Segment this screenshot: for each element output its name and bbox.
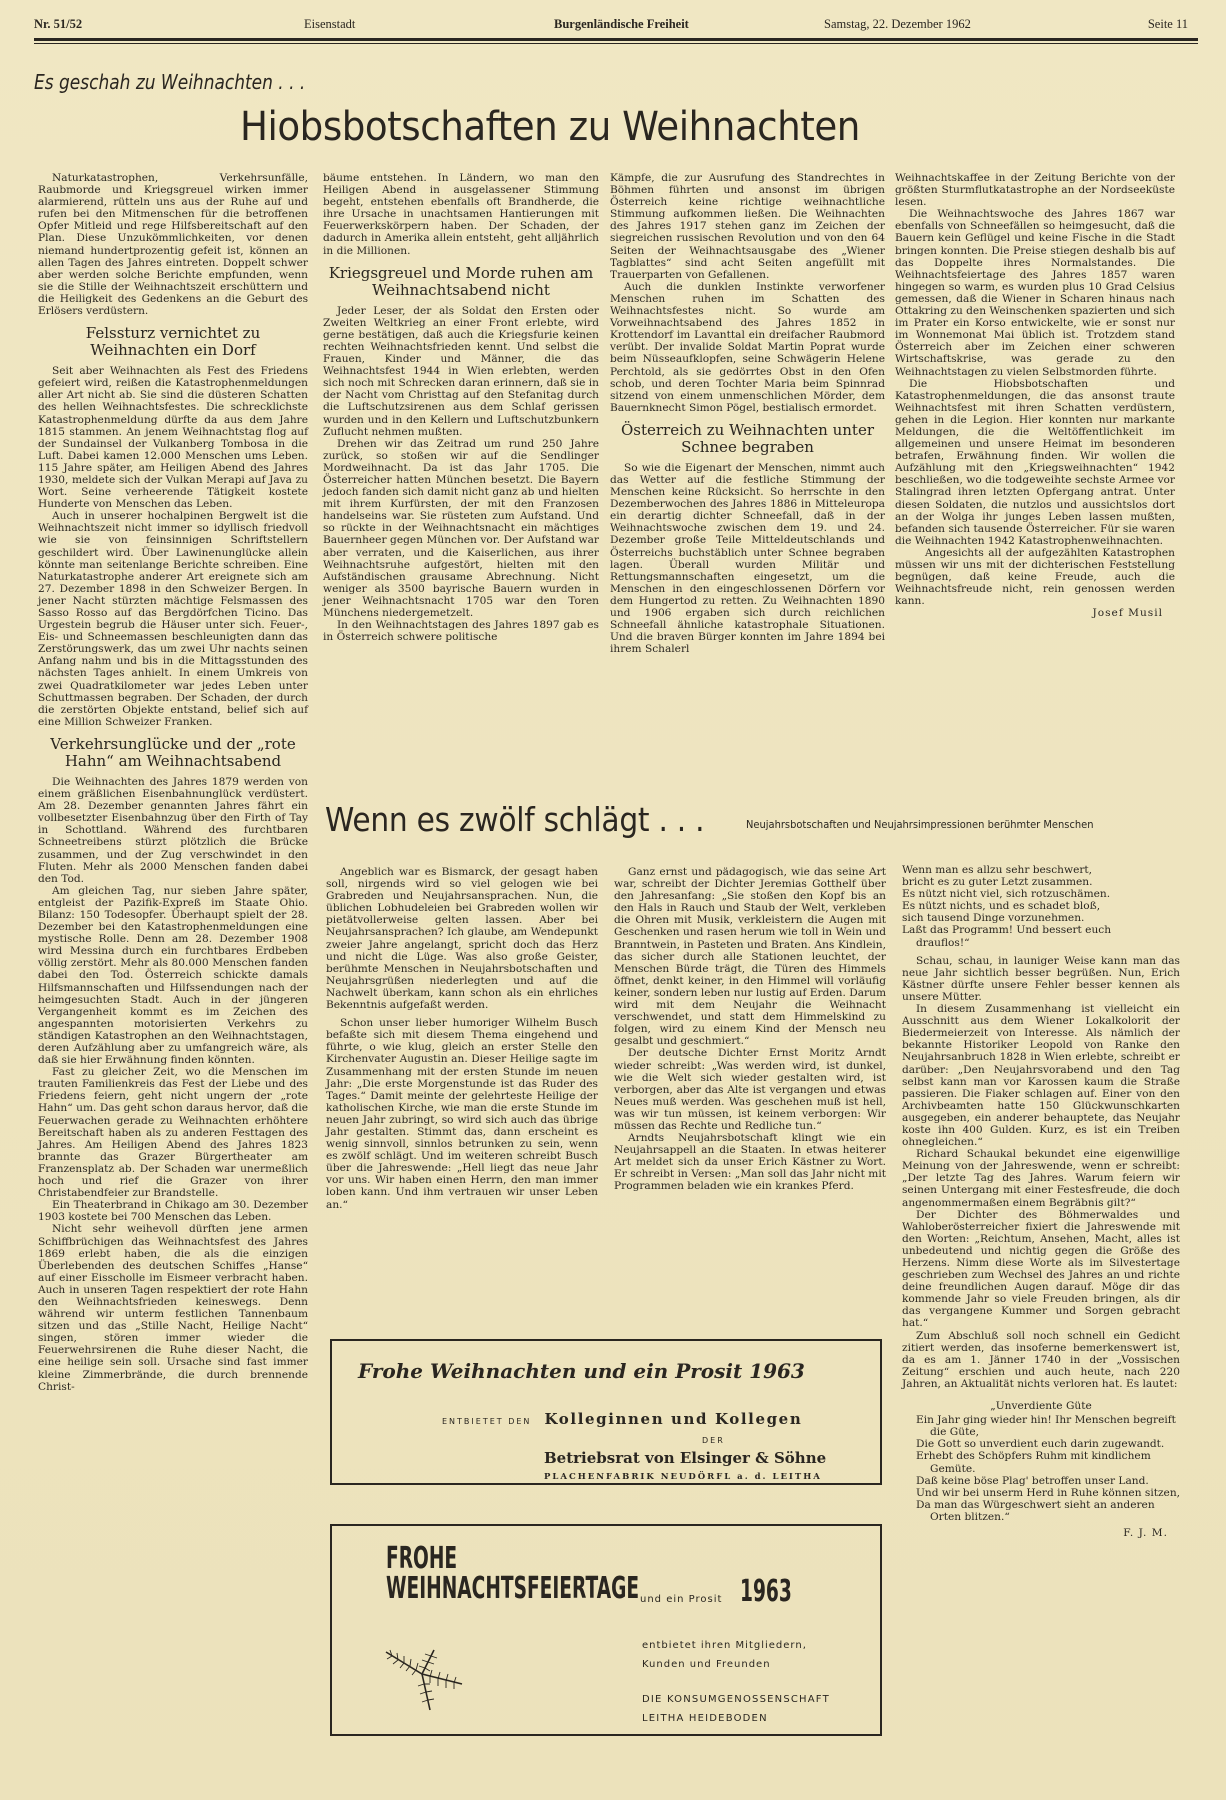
article1-column-1: Naturkatastrophen, Verkehrsunfälle, Raub… <box>38 172 308 1393</box>
paragraph: Auch die dunklen Instinkte verworfener M… <box>610 281 885 414</box>
paragraph: So wie die Eigenart der Menschen, nimmt … <box>610 462 885 656</box>
paragraph: Seit aber Weihnachten als Fest des Fried… <box>38 365 308 510</box>
paragraph: Jeder Leser, der als Soldat den Ersten o… <box>323 305 599 438</box>
author-byline: F. J. M. <box>902 1527 1180 1539</box>
paragraph: Naturkatastrophen, Verkehrsunfälle, Raub… <box>38 172 308 317</box>
subheading: Kriegsgreuel und Morde ruhen am Weihnach… <box>323 265 599 299</box>
paragraph: Angesichts all der aufgezählten Katastro… <box>895 547 1175 607</box>
poem-line: Daß keine böse Plag' betroffen unser Lan… <box>916 1475 1180 1487</box>
verse-line: drauflos!“ <box>902 937 1180 949</box>
verse-line: Laßt das Programm! Und bessert euch <box>902 924 1180 936</box>
paragraph: Der Dichter des Böhmerwaldes und Wahlobe… <box>902 1209 1180 1330</box>
ad-sender: DIE KONSUMGENOSSENSCHAFT LEITHA HEIDEBOD… <box>642 1690 830 1728</box>
poem-line: Da man das Würgeschwert sieht an anderen… <box>916 1499 1180 1523</box>
verse-line: Es nützt nichts, und es schadet bloß, <box>902 900 1180 912</box>
paragraph: Schon unser lieber humoriger Wilhelm Bus… <box>326 1017 598 1211</box>
article-kicker: Es geschah zu Weihnachten . . . <box>34 70 305 94</box>
verse-line: Es nützt nicht viel, sich rotzuschämen. <box>902 888 1180 900</box>
ad-offered: entbietet ihren Mitgliedern, Kunden und … <box>642 1636 807 1674</box>
paragraph: Der deutsche Dichter Ernst Moritz Arndt … <box>614 1047 886 1132</box>
page-number: Seite 11 <box>1148 17 1188 32</box>
poem-line: Und wir bei unserm Herd in Ruhe können s… <box>916 1487 1180 1499</box>
paragraph: In diesem Zusammenhang ist vielleicht ei… <box>902 1003 1180 1148</box>
paragraph: Arndts Neujahrsbotschaft klingt wie ein … <box>614 1132 886 1192</box>
paragraph: Weihnachtskaffee in der Zeitung Berichte… <box>895 172 1175 208</box>
paragraph: bäume entstehen. In Ländern, wo man den … <box>323 172 599 257</box>
ad-offered-line: ENTBIETET DEN Kolleginnen und Kollegen <box>442 1409 802 1428</box>
ad-sender-line-1: DIE KONSUMGENOSSENSCHAFT <box>642 1690 830 1709</box>
article1-column-2: bäume entstehen. In Ländern, wo man den … <box>323 172 599 643</box>
paragraph: Die Weihnachten des Jahres 1879 werden v… <box>38 776 308 885</box>
ad-line2: WEIHNACHTSFEIERTAGE <box>386 1574 639 1604</box>
article-headline: Hiobsbotschaften zu Weihnachten <box>240 104 860 150</box>
paragraph: Nicht sehr weihevoll dürften jene armen … <box>38 1223 308 1392</box>
author-byline: Josef Musil <box>895 607 1175 619</box>
masthead-rule-thin <box>34 43 1198 44</box>
ad-der: DER <box>702 1436 725 1445</box>
poem: „Unverdiente Güte Ein Jahr ging wieder h… <box>902 1400 1180 1523</box>
verse-line: bricht es zu guter Letzt zusammen. <box>902 876 1180 888</box>
ad-offered-line-2: Kunden und Freunden <box>642 1655 807 1674</box>
paragraph: Schau, schau, in launiger Weise kann man… <box>902 955 1180 1003</box>
advertisement-konsum: FROHE WEIHNACHTSFEIERTAGE und ein Prosit… <box>330 1524 882 1736</box>
poem-line: Die Gott so unverdient euch darin zugewa… <box>916 1438 1180 1450</box>
ad-sender-line-2: LEITHA HEIDEBODEN <box>642 1709 830 1728</box>
paragraph: Auch in unserer hochalpinen Bergwelt ist… <box>38 510 308 728</box>
paper-name: Burgenländische Freiheit <box>554 17 689 32</box>
ad-offered: ENTBIETET DEN <box>442 1417 531 1426</box>
ad-year: 1963 <box>740 1574 792 1609</box>
paragraph: In den Weihnachtstagen des Jahres 1897 g… <box>323 619 599 643</box>
ad-greeting: Frohe Weihnachten und ein Prosit 1963 <box>358 1359 805 1383</box>
issue-date: Samstag, 22. Dezember 1962 <box>824 17 971 32</box>
article2-column-1: Angeblich war es Bismarck, der gesagt ha… <box>326 866 598 1211</box>
article2-column-3: Wenn man es allzu sehr beschwert,bricht … <box>902 864 1180 1539</box>
newspaper-page: Nr. 51/52 Eisenstadt Burgenländische Fre… <box>0 0 1226 1800</box>
article1-column-3: Kämpfe, die zur Ausrufung des Standrecht… <box>610 172 885 655</box>
advertisement-elsinger: Frohe Weihnachten und ein Prosit 1963 EN… <box>330 1339 882 1485</box>
paragraph: Kämpfe, die zur Ausrufung des Standrecht… <box>610 172 885 281</box>
ad-sender-sub: PLACHENFABRIK NEUDÖRFL a. d. LEITHA <box>544 1472 822 1482</box>
ad-und-ein: und ein Prosit <box>640 1594 722 1605</box>
paragraph: Die Hiobsbotschaften und Katastrophenmel… <box>895 378 1175 547</box>
ad-offered-line-1: entbietet ihren Mitgliedern, <box>642 1636 807 1655</box>
ad-sender: Betriebsrat von Elsinger & Söhne <box>544 1449 826 1467</box>
article2-column-2: Ganz ernst und pädagogisch, wie das sein… <box>614 866 886 1193</box>
verse-line: Wenn man es allzu sehr beschwert, <box>902 864 1180 876</box>
poem-line: Erhebt des Schöpfers Ruhm mit kindlichem… <box>916 1450 1180 1474</box>
poem-line: Ein Jahr ging wieder hin! Ihr Menschen b… <box>916 1414 1180 1438</box>
ad-recipients: Kolleginnen und Kollegen <box>545 1410 803 1428</box>
verse-line: sich tausend Dinge vorzunehmen. <box>902 912 1180 924</box>
ad-line1: FROHE <box>386 1544 457 1574</box>
masthead-rule <box>34 38 1198 41</box>
paragraph: Drehen wir das Zeitrad um rund 250 Jahre… <box>323 438 599 619</box>
paragraph: Fast zu gleicher Zeit, wo die Menschen i… <box>38 1066 308 1199</box>
article2-headline: Wenn es zwölf schlägt . . . <box>325 800 704 839</box>
kaestner-verse: Wenn man es allzu sehr beschwert,bricht … <box>902 864 1180 949</box>
paragraph: Ein Theaterbrand in Chikago am 30. Dezem… <box>38 1199 308 1223</box>
subheading: Felssturz vernichtet zu Weihnachten ein … <box>38 325 308 359</box>
subheading: Österreich zu Weihnachten unter Schnee b… <box>610 422 885 456</box>
poem-title: „Unverdiente Güte <box>902 1400 1180 1412</box>
paragraph: Zum Abschluß soll noch schnell ein Gedic… <box>902 1330 1180 1390</box>
paragraph: Die Weihnachtswoche des Jahres 1867 war … <box>895 208 1175 377</box>
masthead: Nr. 51/52 Eisenstadt Burgenländische Fre… <box>34 10 1194 34</box>
place: Eisenstadt <box>304 17 355 32</box>
article2-subtitle: Neujahrsbotschaften und Neujahrsimpressi… <box>746 818 1094 831</box>
poem-lines: Ein Jahr ging wieder hin! Ihr Menschen b… <box>902 1414 1180 1523</box>
paragraph: Ganz ernst und pädagogisch, wie das sein… <box>614 866 886 1047</box>
subheading: Verkehrsunglücke und der „rote Hahn“ am … <box>38 736 308 770</box>
article1-column-4: Weihnachtskaffee in der Zeitung Berichte… <box>895 172 1175 619</box>
issue-number: Nr. 51/52 <box>34 17 82 32</box>
fir-branch-icon <box>382 1644 472 1714</box>
paragraph: Am gleichen Tag, nur sieben Jahre später… <box>38 885 308 1066</box>
paragraph: Richard Schaukal bekundet eine eigenwill… <box>902 1148 1180 1208</box>
paragraph: Angeblich war es Bismarck, der gesagt ha… <box>326 866 598 1011</box>
